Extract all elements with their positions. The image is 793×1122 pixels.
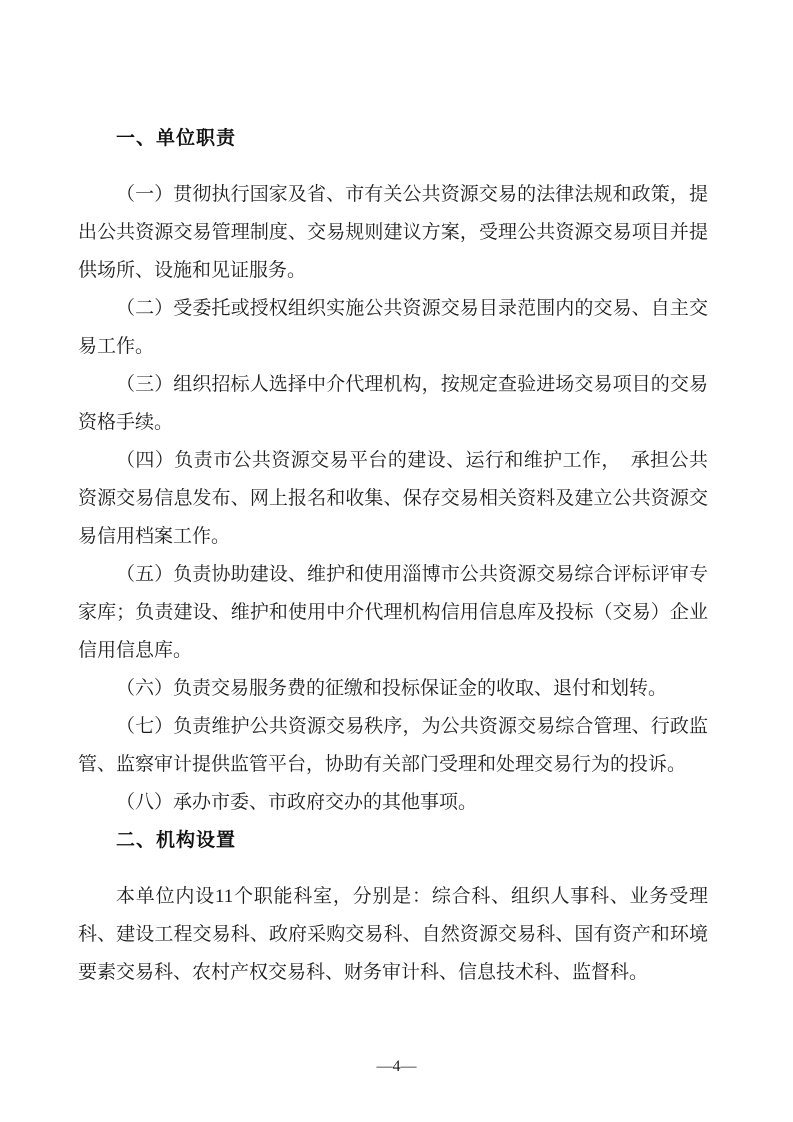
paragraph-duty-8: （八）承办市委、市政府交办的其他事项。 bbox=[78, 784, 708, 822]
paragraph-duty-1: （一）贯彻执行国家及省、市有关公共资源交易的法律法规和政策，提出公共资源交易管理… bbox=[78, 176, 708, 290]
paragraph-duty-3: （三）组织招标人选择中介代理机构，按规定查验进场交易项目的交易资格手续。 bbox=[78, 366, 708, 442]
section-heading-unit-duties: 一、单位职责 bbox=[78, 120, 708, 158]
page-number: —4— bbox=[0, 1058, 793, 1076]
section-heading-organization: 二、机构设置 bbox=[78, 822, 708, 860]
paragraph-duty-6: （六）负责交易服务费的征缴和投标保证金的收取、退付和划转。 bbox=[78, 670, 708, 708]
paragraph-duty-5: （五）负责协助建设、维护和使用淄博市公共资源交易综合评标评审专家库；负责建设、维… bbox=[78, 556, 708, 670]
paragraph-organization: 本单位内设11个职能科室，分别是：综合科、组织人事科、业务受理科、建设工程交易科… bbox=[78, 878, 708, 992]
document-content: 一、单位职责 （一）贯彻执行国家及省、市有关公共资源交易的法律法规和政策，提出公… bbox=[78, 120, 708, 992]
paragraph-duty-2: （二）受委托或授权组织实施公共资源交易目录范围内的交易、自主交易工作。 bbox=[78, 290, 708, 366]
document-page: 一、单位职责 （一）贯彻执行国家及省、市有关公共资源交易的法律法规和政策，提出公… bbox=[0, 0, 793, 1122]
paragraph-duty-7: （七）负责维护公共资源交易秩序，为公共资源交易综合管理、行政监管、监察审计提供监… bbox=[78, 708, 708, 784]
paragraph-duty-4: （四）负责市公共资源交易平台的建设、运行和维护工作， 承担公共资源交易信息发布、… bbox=[78, 442, 708, 556]
